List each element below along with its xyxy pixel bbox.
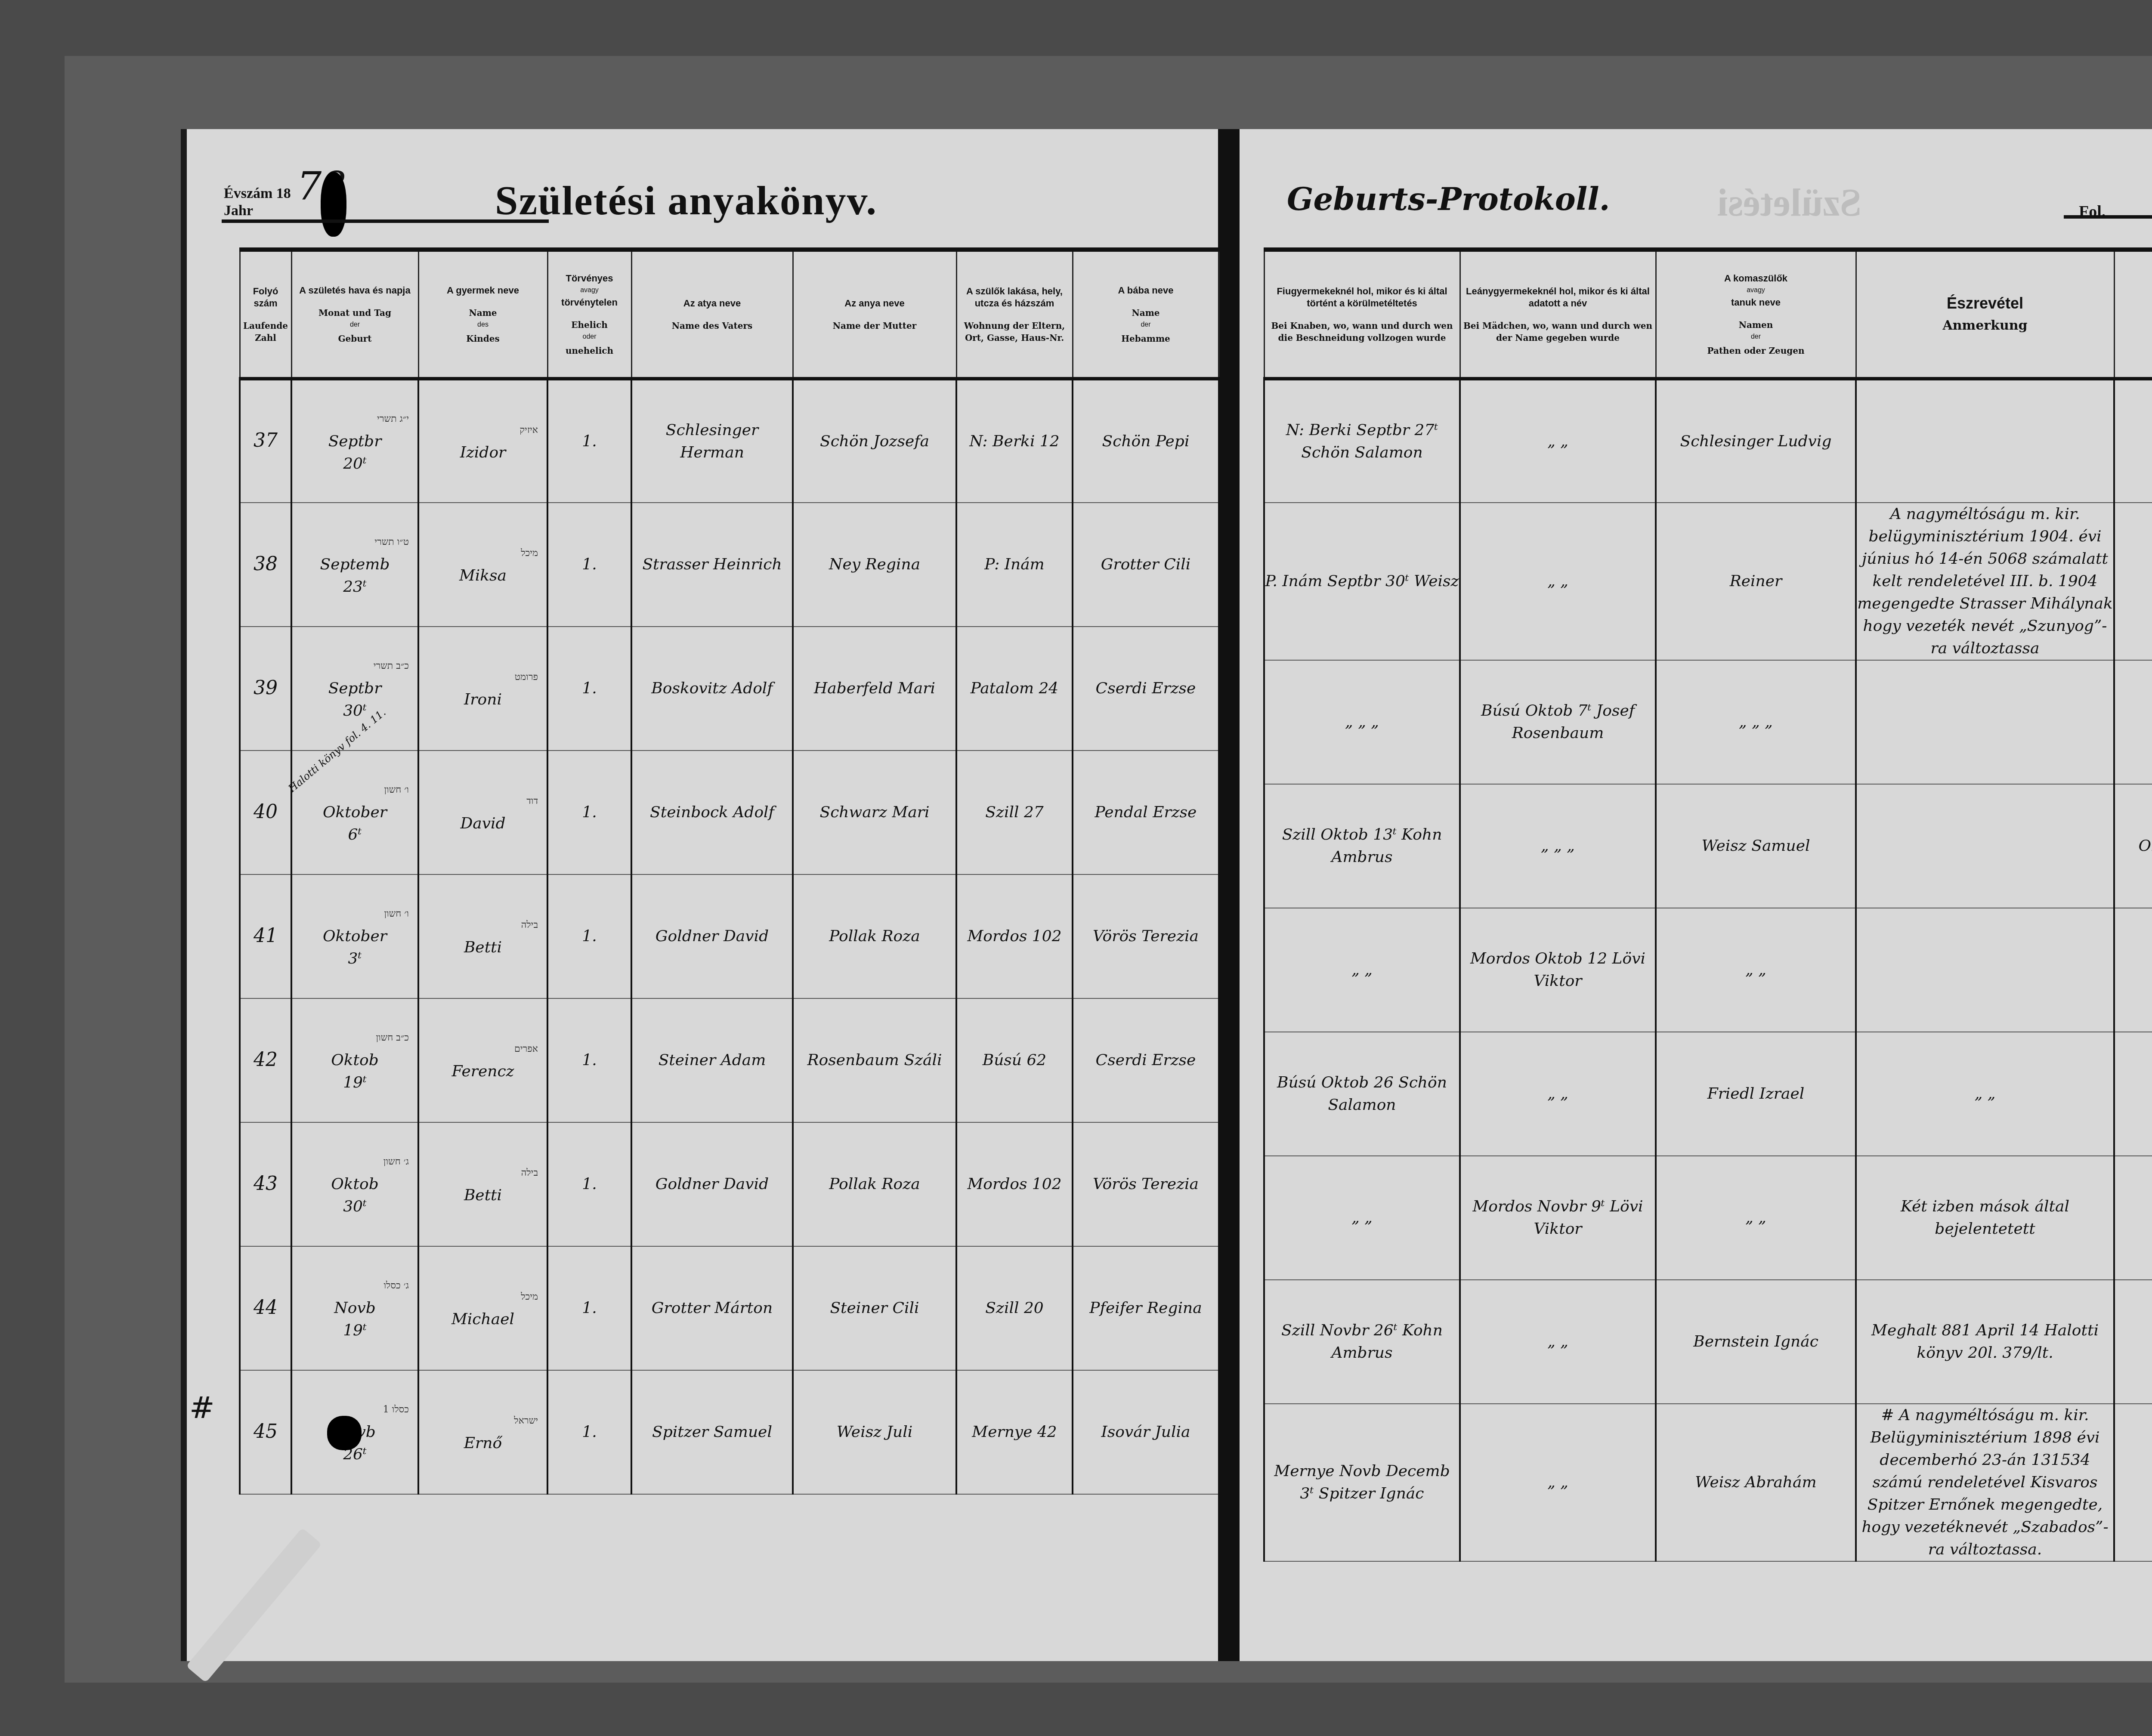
cell-child-name: אפריםFerencz [418,998,547,1122]
cell-godparents: „ „ „ [1656,660,1856,784]
cell-father: Steiner Adam [631,998,793,1122]
cell-naming: Búsú Oktob 7ᵗ Josef Rosenbaum [1460,660,1656,784]
margin-mark-hash: # [189,1390,215,1425]
col-header-father: Az atya neveName des Vaters [631,250,793,379]
cell-remarks [1856,660,2114,784]
hebrew-name: מיכל [419,1286,547,1308]
register-row: N: Berki Septbr 27ᵗ Schön Salamon„ „Schl… [1264,379,2152,503]
register-row: 40ו׳ חשוןOktober6ᵗדודDavid1.Steinbock Ad… [240,751,1219,874]
register-row: Búsú Oktob 26 Schön Salamon„ „Friedl Izr… [1264,1032,2152,1156]
hebrew-date: י״ג תשרי [292,408,417,430]
cell-godparents: Reiner [1656,503,1856,660]
cell-legitimacy: 1. [547,627,631,751]
cell-midwife: Vörös Terezia [1073,874,1219,998]
register-row: 45כסלו 1Novb26ᵗישראלErnő1.Spitzer Samuel… [240,1370,1219,1494]
cell-legitimacy: 1. [547,503,631,627]
cell-father: Steinbock Adolf [631,751,793,874]
cell-father: Strasser Heinrich [631,503,793,627]
cell-midwife: Vörös Terezia [1073,1122,1219,1246]
cell-died [2114,1032,2152,1156]
cell-godparents: „ „ [1656,908,1856,1032]
cell-serial: 42 [240,998,291,1122]
cell-residence: Mordos 102 [956,1122,1073,1246]
cell-mother: Ney Regina [793,503,956,627]
page-title-hungarian: Születési anyakönyv. [495,176,877,224]
cell-birth-date: ג׳ חשוןOktob30ᵗ [291,1122,418,1246]
col-header-mother: Az anya neveName der Mutter [793,250,956,379]
cell-residence: Mernye 42 [956,1370,1073,1494]
cell-naming: „ „ [1460,379,1656,503]
cell-father: Grotter Márton [631,1246,793,1370]
cell-legitimacy: 1. [547,998,631,1122]
hebrew-name: בילה [419,1162,547,1184]
cell-godparents: Bernstein Ignác [1656,1280,1856,1404]
cell-birth-date: ו׳ חשוןOktober3ᵗ [291,874,418,998]
hebrew-name: מיכל [419,542,547,565]
hebrew-name: בילה [419,914,547,936]
cell-died [2114,1156,2152,1280]
cell-birth-date: ט״ו תשריSeptemb23ᵗ [291,503,418,627]
cell-residence: Búsú 62 [956,998,1073,1122]
col-header-remarks: ÉszrevételAnmerkung [1856,250,2114,379]
cell-residence: Patalom 24 [956,627,1073,751]
cell-circumcision: Szill Oktob 13ᵗ Kohn Ambrus [1264,784,1460,908]
bleed-through-text: Születési [1717,181,1861,225]
cell-midwife: Pfeifer Regina [1073,1246,1219,1370]
cell-midwife: Cserdi Erzse [1073,627,1219,751]
cell-serial: 41 [240,874,291,998]
cell-residence: P: Inám [956,503,1073,627]
cell-circumcision: Mernye Novb Decemb 3ᵗ Spitzer Ignác [1264,1404,1460,1561]
cell-serial: 38 [240,503,291,627]
register-row: Mernye Novb Decemb 3ᵗ Spitzer Ignác„ „We… [1264,1404,2152,1561]
cell-child-name: בילהBetti [418,1122,547,1246]
year-label-de: Jahr [224,203,253,219]
cell-legitimacy: 1. [547,751,631,874]
cell-midwife: Isovár Julia [1073,1370,1219,1494]
col-header-godparents: A komaszülőkavagytanuk neveNamenderPathe… [1656,250,1856,379]
cell-mother: Pollak Roza [793,1122,956,1246]
cell-birth-date: י״ג תשריSeptbr20ᵗ [291,379,418,503]
cell-serial: 44 [240,1246,291,1370]
cell-remarks [1856,379,2114,503]
hebrew-date: ט״ו תשרי [292,531,417,553]
cell-legitimacy: 1. [547,1122,631,1246]
cell-godparents: Weisz Samuel [1656,784,1856,908]
cell-residence: Szill 20 [956,1246,1073,1370]
col-header-circumcision: Fiugyermekeknél hol, mikor és ki által t… [1264,250,1460,379]
register-row: 39כ״ב תשריSeptbr30ᵗפרומטIroni1.Boskovitz… [240,627,1219,751]
cell-serial: 37 [240,379,291,503]
cell-father: Boskovitz Adolf [631,627,793,751]
cell-child-name: דודDavid [418,751,547,874]
cell-child-name: איזיקIzidor [418,379,547,503]
cell-residence: Szill 27 [956,751,1073,874]
hebrew-date: ג׳ חשון [292,1151,417,1173]
cell-died [2114,1280,2152,1404]
cell-birth-date: ג׳ כסלוNovb19ᵗ [291,1246,418,1370]
cell-legitimacy: 1. [547,379,631,503]
register-table-left: Folyó számLaufende Zahl A születés hava … [239,247,1220,1495]
cell-remarks: A nagyméltóságu m. kir. belügyminisztéri… [1856,503,2114,660]
col-header-died: MeghaltGestorben [2114,250,2152,379]
ink-blot-icon [321,172,346,237]
header-row-left: Folyó számLaufende Zahl A születés hava … [240,250,1219,379]
cell-naming: „ „ „ [1460,784,1656,908]
cell-mother: Weisz Juli [793,1370,956,1494]
cell-father: Schlesinger Herman [631,379,793,503]
cell-mother: Schön Jozsefa [793,379,956,503]
cell-mother: Haberfeld Mari [793,627,956,751]
cell-circumcision: „ „ [1264,908,1460,1032]
cell-died [2114,503,2152,660]
register-table-right: Fiugyermekeknél hol, mikor és ki által t… [1263,247,2152,1562]
cell-godparents: Friedl Izrael [1656,1032,1856,1156]
cell-birth-date: כ״ב חשוןOktob19ᵗ [291,998,418,1122]
hebrew-date: כ״ב חשון [292,1027,417,1049]
cell-remarks [1856,784,2114,908]
cell-died [2114,660,2152,784]
cell-legitimacy: 1. [547,1370,631,1494]
cell-midwife: Schön Pepi [1073,379,1219,503]
col-header-legitimacy: TörvényesavagytörvénytelenEhelichoderune… [547,250,631,379]
cell-mother: Steiner Cili [793,1246,956,1370]
cell-godparents: „ „ [1656,1156,1856,1280]
cell-remarks: Meghalt 881 April 14 Halotti könyv 20l. … [1856,1280,2114,1404]
cell-remarks: „ „ [1856,1032,2114,1156]
register-row: 43ג׳ חשוןOktob30ᵗבילהBetti1.Goldner Davi… [240,1122,1219,1246]
cell-godparents: Schlesinger Ludvig [1656,379,1856,503]
cell-child-name: ישראלErnő [418,1370,547,1494]
hebrew-name: ישראל [419,1410,547,1432]
hebrew-name: דוד [419,790,547,812]
hebrew-date: ג׳ כסלו [292,1275,417,1297]
ink-blot-icon [327,1416,362,1450]
cell-remarks: Két izben mások által bejelentetett [1856,1156,2114,1280]
page-title-german: Geburts-Protokoll. [1287,181,1610,217]
cell-father: Goldner David [631,1122,793,1246]
hebrew-date: ו׳ חשון [292,903,417,925]
cell-circumcision: Búsú Oktob 26 Schön Salamon [1264,1032,1460,1156]
cell-naming: „ „ [1460,503,1656,660]
cell-circumcision: „ „ [1264,1156,1460,1280]
cell-legitimacy: 1. [547,874,631,998]
register-row: „ „Mordos Novbr 9ᵗ Lövi Viktor„ „Két izb… [1264,1156,2152,1280]
cell-naming: Mordos Novbr 9ᵗ Lövi Viktor [1460,1156,1656,1280]
cell-midwife: Grotter Cili [1073,503,1219,627]
hebrew-name: אפרים [419,1038,547,1060]
cell-naming: „ „ [1460,1404,1656,1561]
register-row: 37י״ג תשריSeptbr20ᵗאיזיקIzidor1.Schlesin… [240,379,1219,503]
year-label-hu: Évszám 18 [224,185,291,201]
register-row: Szill Novbr 26ᵗ Kohn Ambrus„ „Bernstein … [1264,1280,2152,1404]
cell-serial: 45 [240,1370,291,1494]
cell-circumcision: Szill Novbr 26ᵗ Kohn Ambrus [1264,1280,1460,1404]
cell-godparents: Weisz Abrahám [1656,1404,1856,1561]
cell-died: Oktob 22ᵗ 878 [2114,784,2152,908]
col-header-residence: A szülők lakása, hely, utcza és házszámW… [956,250,1073,379]
cell-mother: Rosenbaum Száli [793,998,956,1122]
cell-circumcision: P. Inám Septbr 30ᵗ Weisz [1264,503,1460,660]
cell-serial: 39 [240,627,291,751]
register-row: „ „ „Búsú Oktob 7ᵗ Josef Rosenbaum„ „ „ [1264,660,2152,784]
col-header-child-name: A gyermek neveNamedesKindes [418,250,547,379]
cell-naming: Mordos Oktob 12 Lövi Viktor [1460,908,1656,1032]
hebrew-name: איזיק [419,419,547,442]
col-header-serial: Folyó számLaufende Zahl [240,250,291,379]
cell-died [2114,908,2152,1032]
cell-mother: Pollak Roza [793,874,956,998]
folio-underline [2064,215,2152,219]
cell-child-name: מיכלMichael [418,1246,547,1370]
cell-mother: Schwarz Mari [793,751,956,874]
hebrew-name: פרומט [419,666,547,689]
cell-naming: „ „ [1460,1280,1656,1404]
cell-serial: 43 [240,1122,291,1246]
col-header-midwife: A bába neveNamederHebamme [1073,250,1219,379]
cell-residence: N: Berki 12 [956,379,1073,503]
register-row: 38ט״ו תשריSeptemb23ᵗמיכלMiksa1.Strasser … [240,503,1219,627]
book-gutter [1218,129,1240,1661]
register-row: P. Inám Septbr 30ᵗ Weisz„ „ReinerA nagym… [1264,503,2152,660]
cell-legitimacy: 1. [547,1246,631,1370]
header-row-right: Fiugyermekeknél hol, mikor és ki által t… [1264,250,2152,379]
register-row: Szill Oktob 13ᵗ Kohn Ambrus„ „ „Weisz Sa… [1264,784,2152,908]
cell-remarks [1856,908,2114,1032]
register-row: 42כ״ב חשוןOktob19ᵗאפריםFerencz1.Steiner … [240,998,1219,1122]
cell-remarks: # A nagyméltóságu m. kir. Belügyminiszté… [1856,1404,2114,1561]
hebrew-date: כ״ב תשרי [292,655,417,677]
cell-circumcision: „ „ „ [1264,660,1460,784]
cell-child-name: מיכלMiksa [418,503,547,627]
cell-midwife: Cserdi Erzse [1073,998,1219,1122]
cell-circumcision: N: Berki Septbr 27ᵗ Schön Salamon [1264,379,1460,503]
cell-father: Spitzer Samuel [631,1370,793,1494]
hebrew-date: כסלו 1 [292,1399,417,1421]
cell-child-name: בילהBetti [418,874,547,998]
cell-child-name: פרומטIroni [418,627,547,751]
cell-serial: 40 [240,751,291,874]
col-header-naming: Leánygyermekeknél hol, mikor és ki által… [1460,250,1656,379]
year-label: Évszám 18 Jahr [224,185,291,219]
cell-died [2114,379,2152,503]
cell-father: Goldner David [631,874,793,998]
register-row: 41ו׳ חשוןOktober3ᵗבילהBetti1.Goldner Dav… [240,874,1219,998]
cell-midwife: Pendal Erzse [1073,751,1219,874]
col-header-birth-date: A születés hava és napjaMonat und Tagder… [291,250,418,379]
hebrew-date: ו׳ חשון [292,779,417,801]
register-row: „ „Mordos Oktob 12 Lövi Viktor„ „ [1264,908,2152,1032]
register-row: 44ג׳ כסלוNovb19ᵗמיכלMichael1.Grotter Már… [240,1246,1219,1370]
cell-residence: Mordos 102 [956,874,1073,998]
cell-naming: „ „ [1460,1032,1656,1156]
cell-died [2114,1404,2152,1561]
